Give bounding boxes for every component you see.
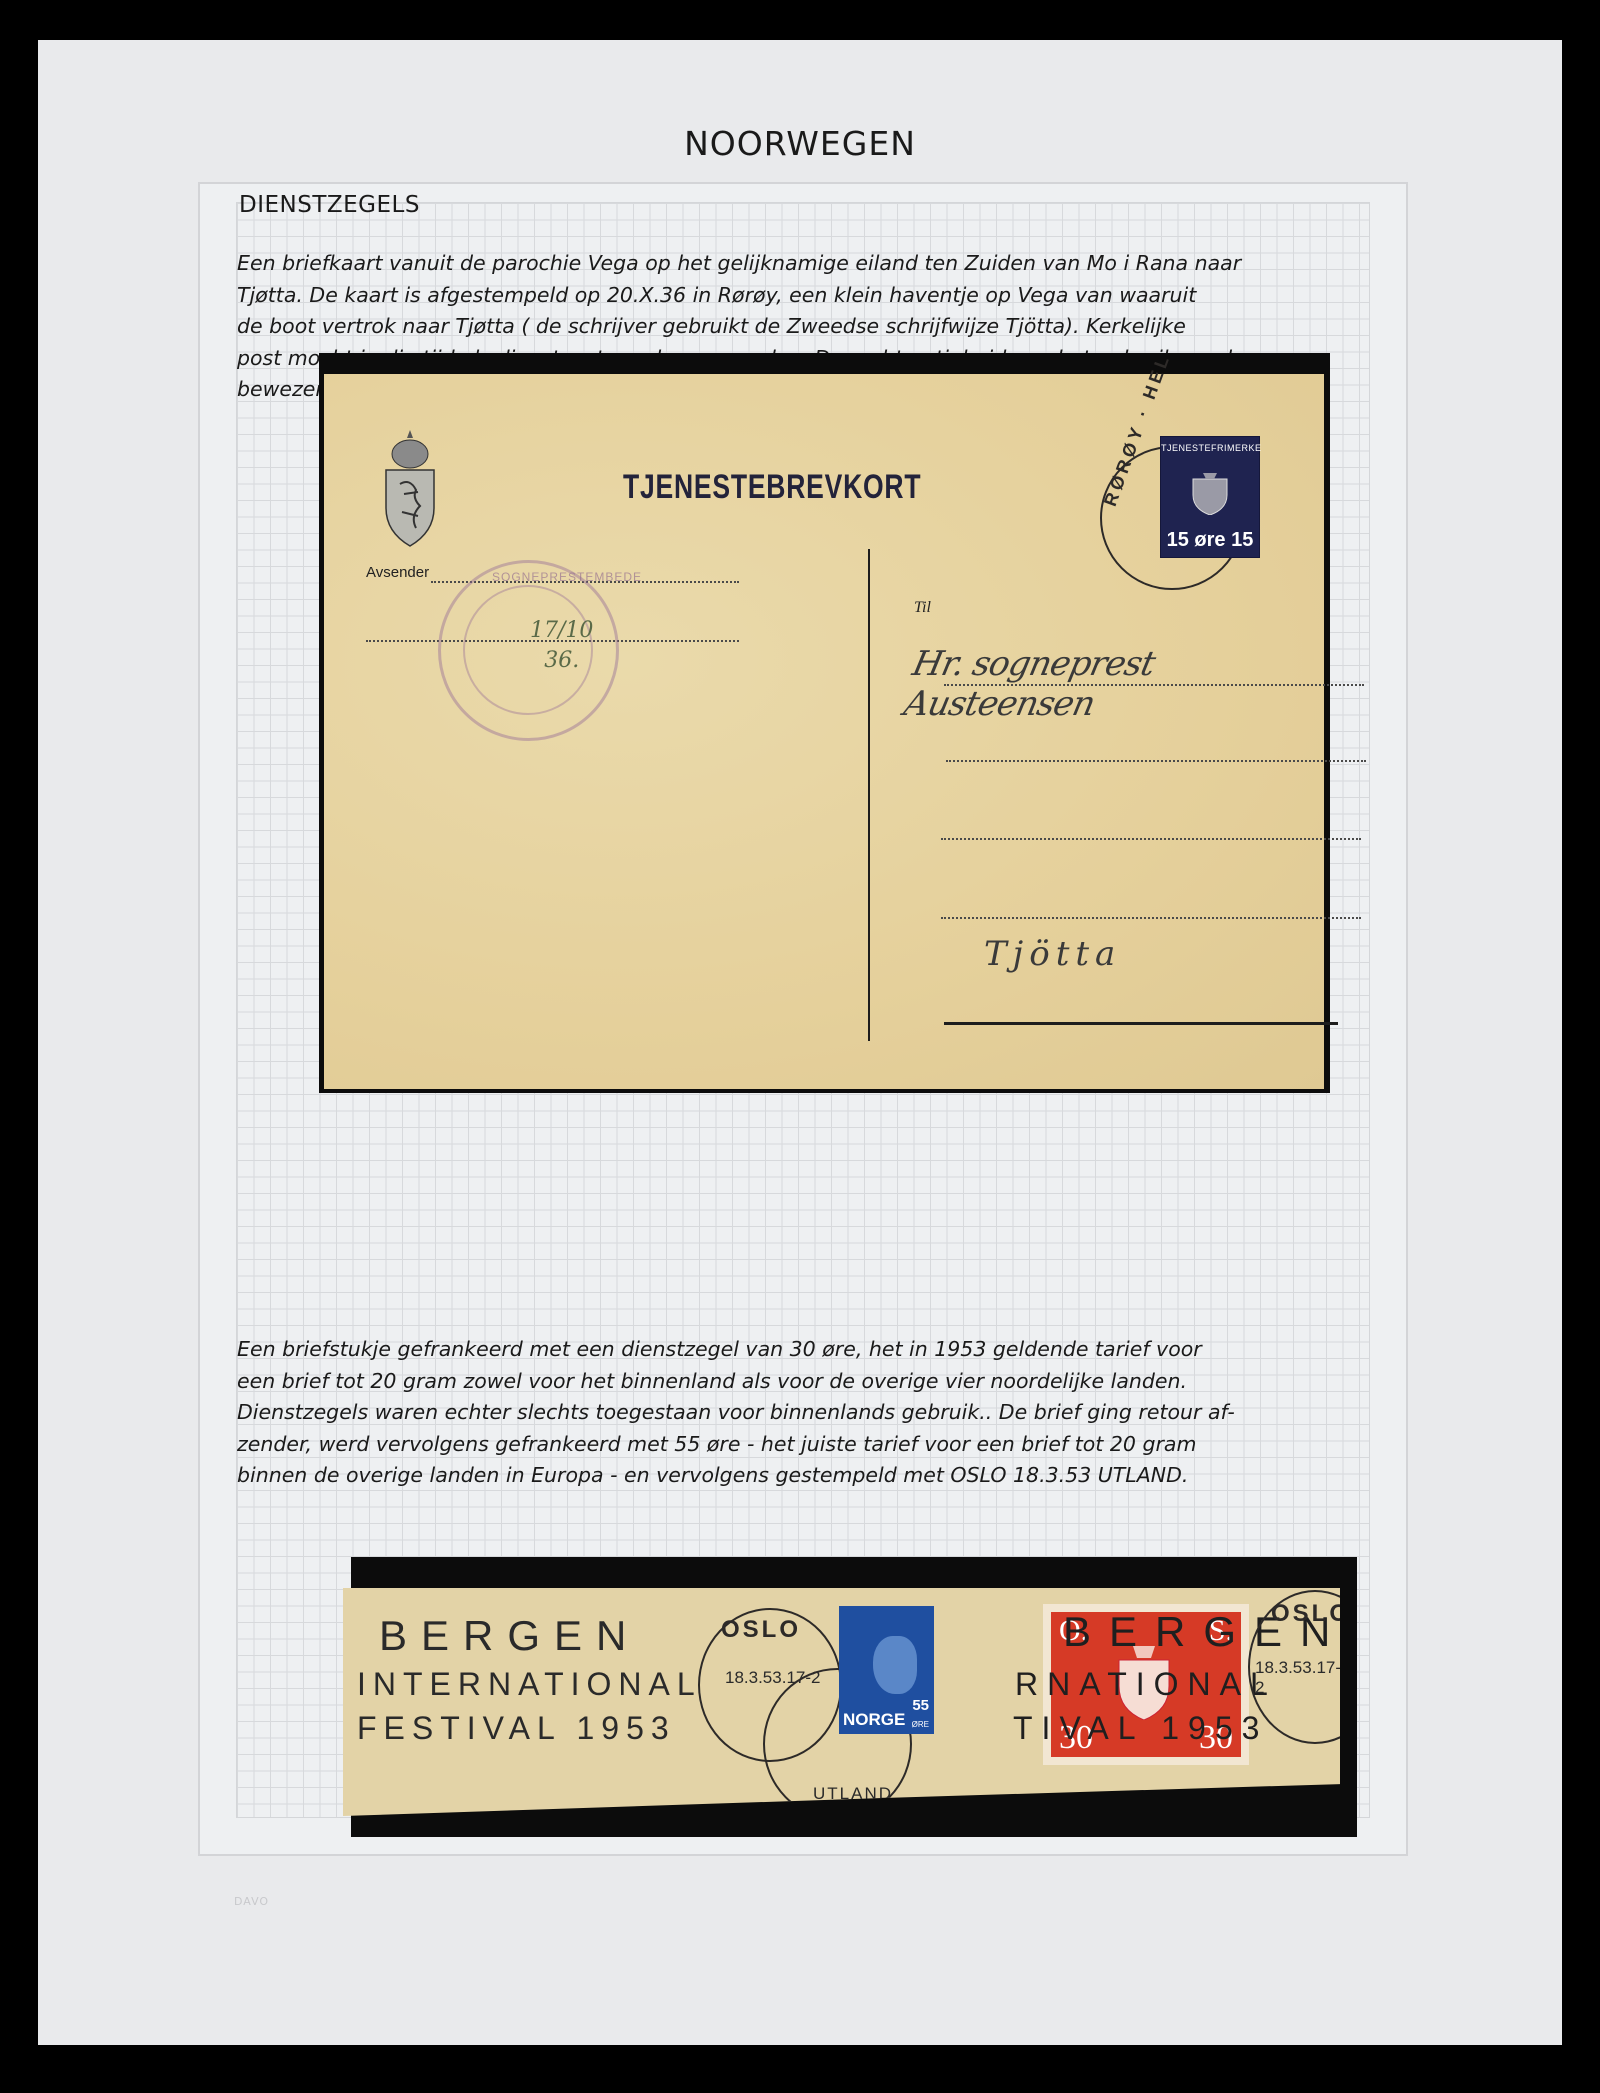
to-label: Til	[914, 599, 931, 617]
postmark-city: OSLO	[1271, 1600, 1351, 1628]
album-page: NOORWEGEN DIENSTZEGELS Een briefkaart va…	[38, 40, 1562, 2045]
lion-shield-icon	[1191, 469, 1229, 515]
address-town: Tjötta	[984, 934, 1121, 974]
paragraph-line: Dienstzegels waren echter slechts toeges…	[237, 1397, 1437, 1429]
slogan-overprint: TIVAL 1953	[1013, 1710, 1268, 1747]
paragraph-line: binnen de overige landen in Europa - en …	[237, 1460, 1437, 1492]
cover-piece: BERGEN INTERNATIONAL FESTIVAL 1953 OSLO …	[343, 1588, 1340, 1816]
stamp-country: NORGE	[843, 1710, 905, 1730]
coat-of-arms-icon	[382, 428, 438, 548]
paragraph-line: Tjøtta. De kaart is afgestempeld op 20.X…	[237, 280, 1417, 312]
slogan-overprint: RNATIONAL	[1015, 1666, 1277, 1703]
paragraph-line: een brief tot 20 gram zowel voor het bin…	[237, 1366, 1437, 1398]
postcard-title: TJENESTEBREVKORT	[623, 468, 921, 507]
address-underline	[944, 1022, 1338, 1025]
stamp-unit: ØRE	[912, 1720, 929, 1729]
cachet-text: SOGNEPRESTEMBEDE	[492, 570, 642, 584]
card-divider	[868, 549, 870, 1041]
king-portrait-icon	[873, 1636, 917, 1694]
slogan-line: FESTIVAL 1953	[357, 1710, 676, 1747]
postmark-date: 18.3.53.17-2	[1255, 1658, 1341, 1698]
publisher-imprint: DAVO	[234, 1895, 269, 1908]
slogan-line: BERGEN	[379, 1612, 640, 1660]
description-paragraph-2: Een briefstukje gefrankeerd met een dien…	[237, 1334, 1437, 1492]
cachet-date: 17/10 36.	[530, 616, 593, 676]
paragraph-line: de boot vertrok naar Tjøtta ( de schrijv…	[237, 311, 1417, 343]
sender-label: Avsender	[366, 564, 429, 581]
postcard: TJENESTEBREVKORT Avsender SOGNEPRESTEMBE…	[324, 374, 1324, 1089]
stamp-value: 15 øre 15	[1161, 529, 1259, 552]
page-title: NOORWEGEN	[38, 124, 1562, 163]
postmark-city: OSLO	[721, 1616, 801, 1644]
address-line	[941, 917, 1361, 919]
address-line	[941, 838, 1361, 840]
stamp-header: TJENESTEFRIMERKE	[1161, 443, 1259, 453]
paragraph-line: Een briefkaart vanuit de parochie Vega o…	[237, 248, 1417, 280]
address-line	[944, 684, 1364, 686]
stamp-55-ore: NORGE 55 ØRE	[839, 1606, 934, 1734]
stamp-value: 55	[912, 1697, 929, 1714]
paragraph-line: zender, werd vervolgens gefrankeerd met …	[237, 1429, 1437, 1461]
stamp-15-ore: TJENESTEFRIMERKE 15 øre 15	[1160, 436, 1260, 558]
address-line	[946, 760, 1366, 762]
section-title: DIENSTZEGELS	[239, 192, 420, 218]
slogan-line: INTERNATIONAL	[357, 1666, 702, 1703]
paragraph-line: Een briefstukje gefrankeerd met een dien…	[237, 1334, 1437, 1366]
